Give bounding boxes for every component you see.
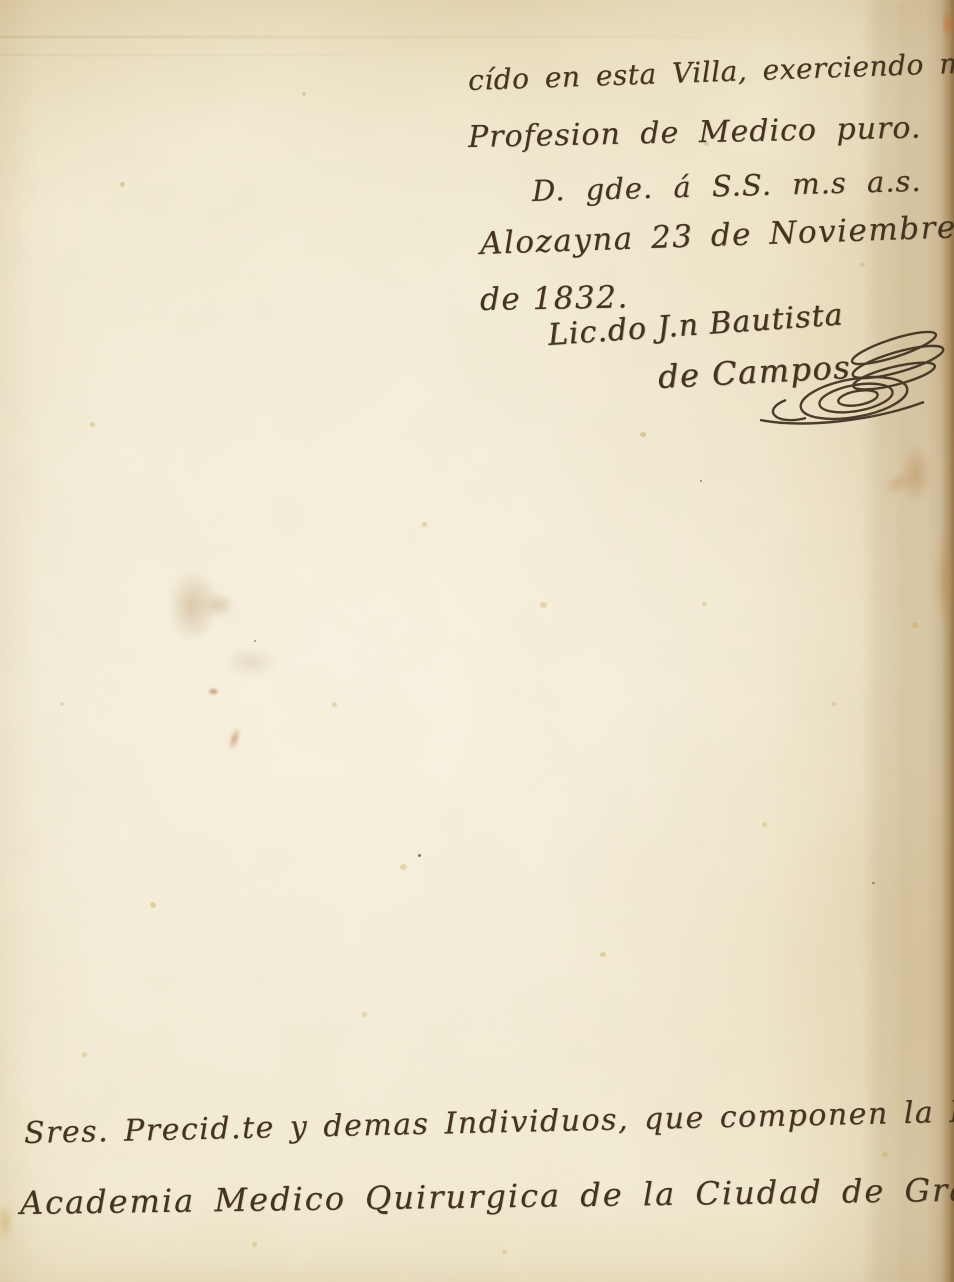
top-crease-line-2 <box>0 54 620 56</box>
right-page-edge-shadow <box>941 0 954 1282</box>
signature-rubric-flourish-icon <box>742 328 952 428</box>
top-crease-line <box>0 36 954 38</box>
manuscript-line-5: de 1832. <box>480 279 629 318</box>
manuscript-page: cído en esta Villa, exerciendo mi Profes… <box>0 0 954 1282</box>
